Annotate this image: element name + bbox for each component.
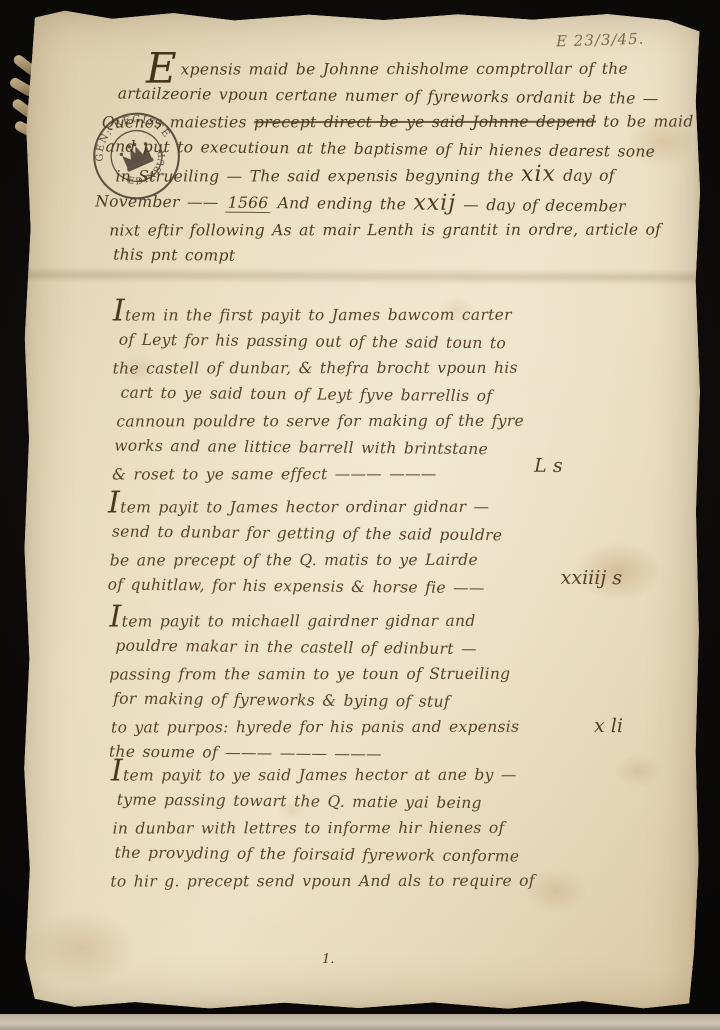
heading-line: Expensis maid be Johnne chisholme comptr… xyxy=(146,56,647,83)
entry-line: send to dunbar for getting of the said p… xyxy=(112,518,628,549)
entry-line: Item payit to James hector ordinar gidna… xyxy=(108,494,628,521)
heading-line: this pnt compt xyxy=(113,241,646,273)
account-entry-1: Item in the first payit to James bawcom … xyxy=(112,301,633,489)
entry-line: for making of fyreworks & bying of stuf xyxy=(113,685,629,716)
entry-line: the provyding of the foirsaid fyrework c… xyxy=(114,839,630,870)
manuscript-photograph: E 23/3/45. GEN: REGISTER HOUSE EDINBURGH xyxy=(0,0,720,1030)
entry-line: tyme passing towart the Q. matie yai bei… xyxy=(117,786,631,817)
entry-line: cannoun pouldre to serve for making of t… xyxy=(116,408,632,435)
archive-reference: E 23/3/45. xyxy=(556,30,645,51)
heading-line: November —— 1566 And ending the xxij — d… xyxy=(95,187,646,220)
entry-line: be ane precept of the Q. matis to ye Lai… xyxy=(110,547,628,574)
entry-line: to hir g. precept send vpoun And als to … xyxy=(110,868,630,895)
entry-line: pouldre makar in the castell of edinburt… xyxy=(115,632,629,663)
entry-line: Item in the first payit to James bawcom … xyxy=(113,302,633,329)
table-surface-strip xyxy=(0,1014,720,1030)
entry-line: passing from the samin to ye toun of Str… xyxy=(109,661,629,688)
account-entry-2: Item payit to James hector ordinar gidna… xyxy=(108,493,628,601)
heading-line: nixt eftir following As at mair Lenth is… xyxy=(109,217,646,244)
entry-line: of quhitlaw, for his expensis & horse fi… xyxy=(108,571,628,602)
folio-number: 1. xyxy=(322,952,334,967)
underlined-year: 1566 xyxy=(226,193,271,212)
document-heading: Expensis maid be Johnne chisholme comptr… xyxy=(101,55,647,271)
struck-through-text: precept direct be ye said Johnne depend xyxy=(254,113,596,132)
account-entry-3: Item payit to michaell gairdner gidnar a… xyxy=(109,607,630,768)
roman-numeral: xix xyxy=(521,162,556,187)
account-entry-4: Item payit to ye said James hector at an… xyxy=(110,761,631,896)
manuscript-page: E 23/3/45. GEN: REGISTER HOUSE EDINBURGH xyxy=(20,9,702,1012)
entry-line: cart to ye said toun of Leyt fyve barrel… xyxy=(120,379,632,410)
entry-amount: L s xyxy=(534,455,563,477)
heading-line: and put to executioun at the baptisme of… xyxy=(105,133,646,165)
heading-line: in Strueiling — The said expensis begyni… xyxy=(115,162,646,190)
entry-line: to yat purpos: hyrede for his panis and … xyxy=(111,714,629,741)
heading-line: artailzeorie vpoun certane numer of fyre… xyxy=(118,80,647,112)
heading-line: Quenes maiesties precept direct be ye sa… xyxy=(102,109,647,136)
entry-line: of Leyt for his passing out of the said … xyxy=(119,326,633,357)
entry-line: in dunbar with lettres to informe hir hi… xyxy=(113,815,631,842)
entry-amount: xxiiij s xyxy=(561,567,622,589)
entry-line: Item payit to ye said James hector at an… xyxy=(111,762,631,789)
roman-numeral: xxij xyxy=(413,190,456,215)
entry-line: Item payit to michaell gairdner gidnar a… xyxy=(109,608,629,635)
entry-amount: x li xyxy=(594,715,623,737)
entry-line: the castell of dunbar, & thefra brocht v… xyxy=(113,355,633,382)
